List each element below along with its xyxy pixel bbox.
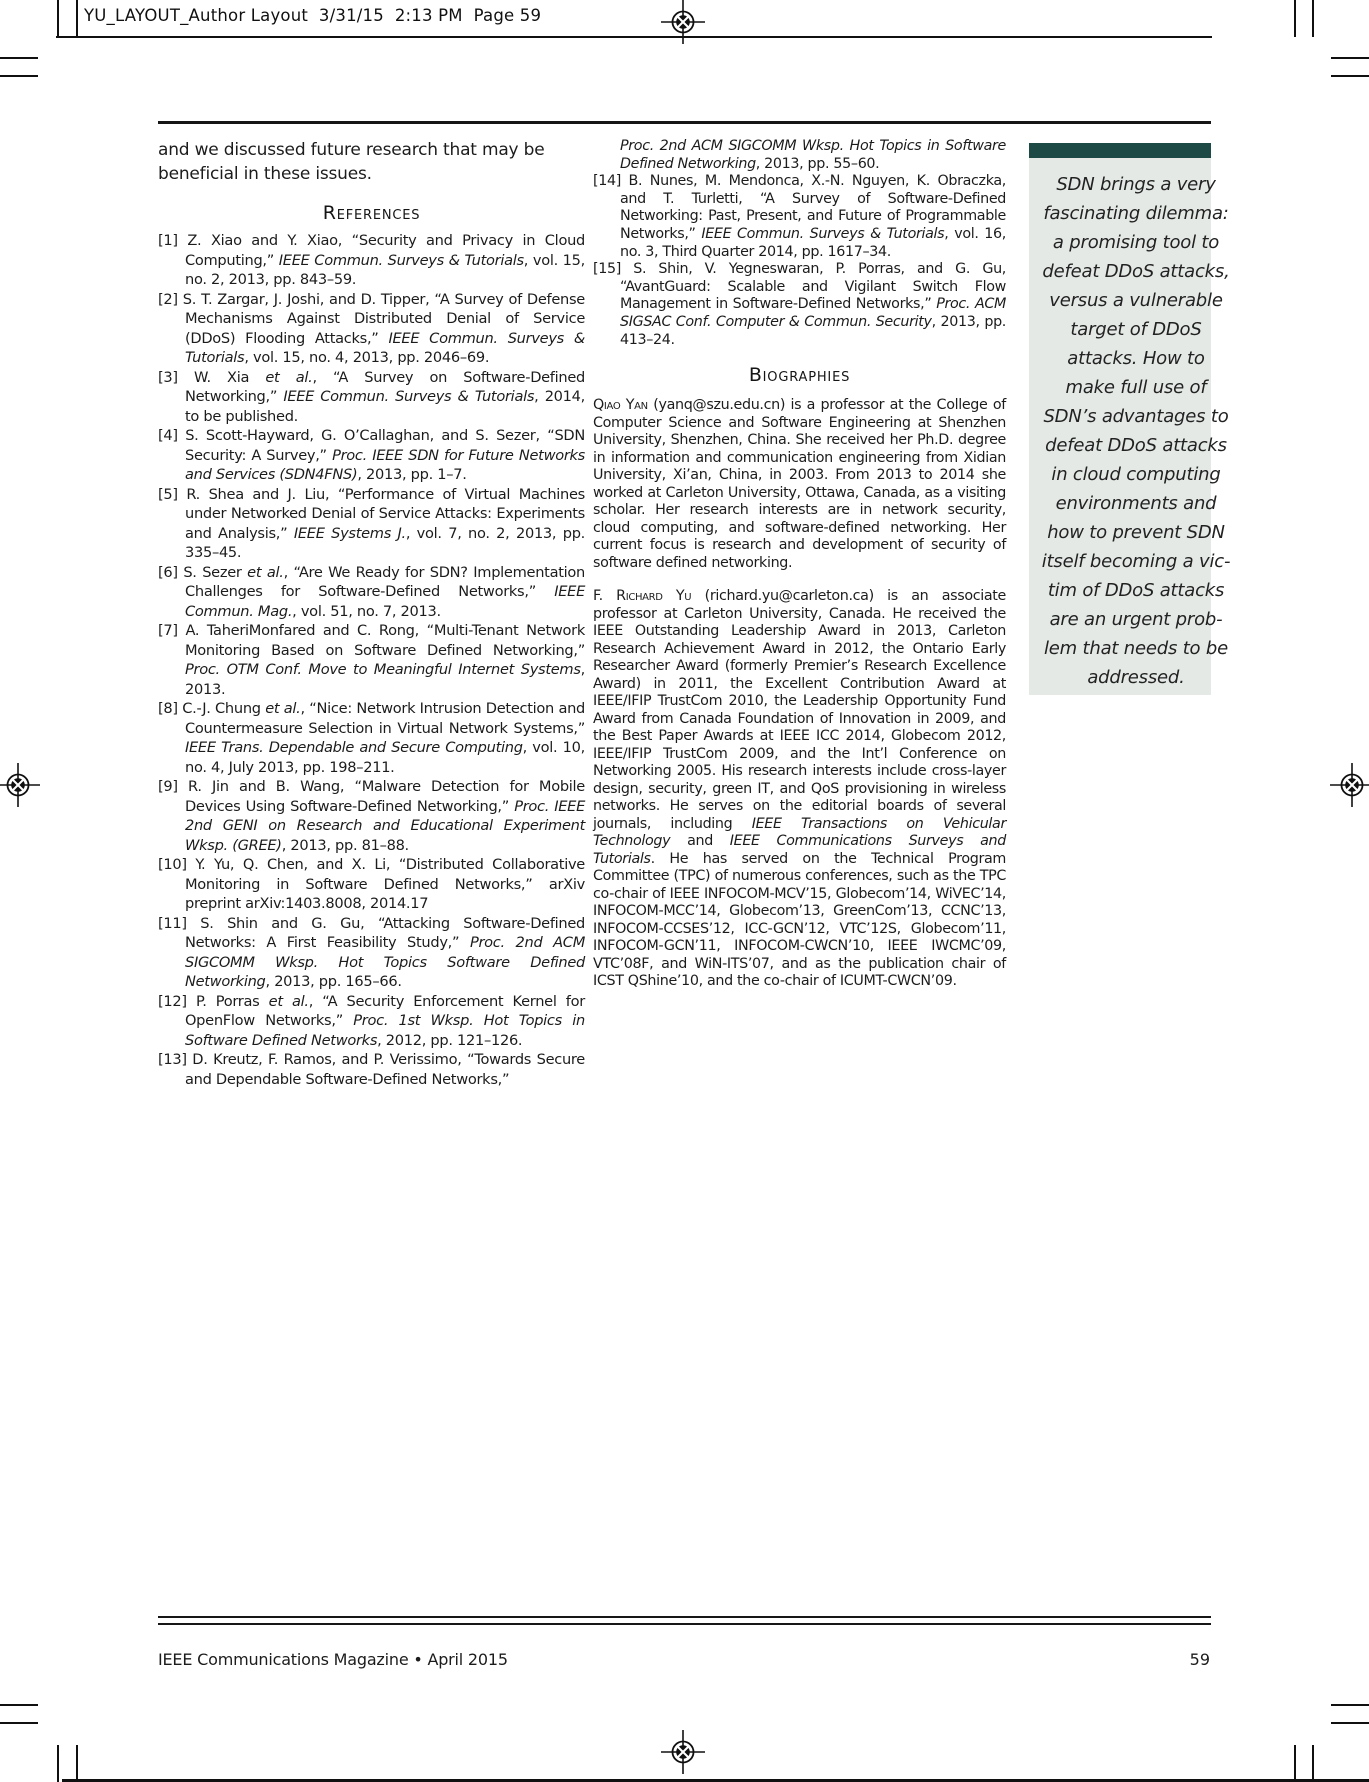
crop-mark-bottom-left-v1 bbox=[57, 1745, 59, 1782]
column-middle: Proc. 2nd ACM SIGCOMM Wksp. Hot Topics i… bbox=[593, 138, 1006, 1007]
italic-text-run: IEEE Commun. Surveys & Tutorials bbox=[701, 226, 944, 242]
reference-item: [9] R. Jin and B. Wang, “Malware Detecti… bbox=[158, 777, 585, 855]
reference-label: [13] bbox=[158, 1051, 192, 1068]
reference-item: [3] W. Xia et al., “A Survey on Software… bbox=[158, 368, 585, 427]
crop-mark-top-left-v2 bbox=[76, 0, 78, 37]
reference-label: [5] bbox=[158, 486, 186, 503]
text-run: S. Sezer bbox=[183, 564, 247, 581]
header-rule bbox=[56, 36, 1212, 38]
text-run: , 2013, pp. 55–60. bbox=[756, 156, 880, 172]
reference-label: [3] bbox=[158, 369, 194, 386]
reference-label: [11] bbox=[158, 915, 200, 932]
reference-item: [12] P. Porras et al., “A Security Enfor… bbox=[158, 992, 585, 1051]
reference-item: Proc. 2nd ACM SIGCOMM Wksp. Hot Topics i… bbox=[593, 138, 1006, 173]
reference-label: [10] bbox=[158, 856, 195, 873]
reference-item: [4] S. Scott-Hayward, G. O’Callaghan, an… bbox=[158, 426, 585, 485]
reference-label: [4] bbox=[158, 427, 185, 444]
italic-text-run: Proc. OTM Conf. Move to Meaningful Inter… bbox=[185, 661, 581, 678]
registration-mark-icon bbox=[660, 0, 706, 45]
registration-mark-icon bbox=[660, 1729, 706, 1775]
italic-text-run: IEEE Systems J. bbox=[294, 525, 406, 542]
text-run: and bbox=[670, 833, 730, 849]
text-run: P. Porras bbox=[196, 993, 269, 1010]
text-run: D. Kreutz, F. Ramos, and P. Verissimo, “… bbox=[185, 1051, 585, 1088]
reference-item: [15] S. Shin, V. Yegneswaran, P. Porras,… bbox=[593, 261, 1006, 349]
crop-mark-bottom-right-v2 bbox=[1312, 1745, 1314, 1782]
crop-mark-bottom-right-h2 bbox=[1331, 1722, 1369, 1724]
footer-rule-top bbox=[158, 1616, 1211, 1618]
references-list-left: [1] Z. Xiao and Y. Xiao, “Security and P… bbox=[158, 231, 585, 1089]
reference-item: [14] B. Nunes, M. Mendonca, X.-N. Nguyen… bbox=[593, 173, 1006, 261]
biography-paragraph: Qiao Yan (yanq@szu.edu.cn) is a professo… bbox=[593, 397, 1006, 572]
reference-label: [9] bbox=[158, 778, 188, 795]
text-run: (richard.yu@carleton.ca) is an associate… bbox=[593, 588, 1006, 832]
reference-item: [1] Z. Xiao and Y. Xiao, “Security and P… bbox=[158, 231, 585, 290]
intro-text: and we discussed future research that ma… bbox=[158, 138, 585, 186]
reference-label: [7] bbox=[158, 622, 185, 639]
pull-quote-text: SDN brings a very fascinating dilemma: a… bbox=[1016, 170, 1256, 692]
proof-header-text: YU_LAYOUT_Author Layout 3/31/15 2:13 PM … bbox=[84, 6, 541, 25]
reference-item: [5] R. Shea and J. Liu, “Performance of … bbox=[158, 485, 585, 563]
reference-label: [12] bbox=[158, 993, 196, 1010]
text-run: Y. Yu, Q. Chen, and X. Li, “Distributed … bbox=[185, 856, 585, 912]
italic-text-run: et al. bbox=[247, 564, 283, 581]
text-run: , vol. 51, no. 7, 2013. bbox=[292, 603, 441, 620]
content-top-rule bbox=[158, 121, 1211, 124]
reference-label: [6] bbox=[158, 564, 183, 581]
italic-text-run: et al. bbox=[265, 369, 312, 386]
crop-mark-bottom-right-h1 bbox=[1331, 1704, 1369, 1706]
smallcaps-name: Qiao Yan bbox=[593, 397, 648, 413]
crop-mark-bottom-right-v1 bbox=[1294, 1745, 1296, 1782]
text-run: (yanq@szu.edu.cn) is a professor at the … bbox=[593, 397, 1006, 571]
registration-mark-icon bbox=[1329, 762, 1369, 808]
text-run: , 2013, pp. 81–88. bbox=[282, 837, 409, 854]
pull-quote-bar bbox=[1029, 143, 1211, 158]
biography-paragraph: F. Richard Yu (richard.yu@carleton.ca) i… bbox=[593, 588, 1006, 991]
smallcaps-name: F. Richard Yu bbox=[593, 588, 691, 604]
italic-text-run: IEEE Trans. Dependable and Secure Comput… bbox=[185, 739, 523, 756]
reference-item: [11] S. Shin and G. Gu, “Attacking Softw… bbox=[158, 914, 585, 992]
biographies-heading: Biographies bbox=[593, 364, 1006, 386]
crop-mark-right-h1 bbox=[1331, 57, 1369, 59]
reference-item: [10] Y. Yu, Q. Chen, and X. Li, “Distrib… bbox=[158, 855, 585, 914]
text-run: , 2013, pp. 165–66. bbox=[266, 973, 402, 990]
crop-mark-bottom-left-h2 bbox=[0, 1722, 38, 1724]
italic-text-run: et al. bbox=[265, 700, 300, 717]
crop-mark-top-right-v1 bbox=[1294, 0, 1296, 37]
italic-text-run: IEEE Commun. Surveys & Tutorials bbox=[283, 388, 534, 405]
text-run: A. TaheriMonfared and C. Rong, “Multi-Te… bbox=[185, 622, 585, 659]
text-run: , 2013, pp. 1–7. bbox=[357, 466, 466, 483]
column-left: and we discussed future research that ma… bbox=[158, 138, 585, 1089]
crop-mark-right-h2 bbox=[1331, 75, 1369, 77]
magazine-page: YU_LAYOUT_Author Layout 3/31/15 2:13 PM … bbox=[0, 0, 1369, 1782]
text-run: C.-J. Chung bbox=[182, 700, 265, 717]
crop-mark-left-h2 bbox=[0, 75, 38, 77]
reference-item: [8] C.-J. Chung et al., “Nice: Network I… bbox=[158, 699, 585, 777]
references-heading: References bbox=[158, 202, 585, 224]
reference-label: [15] bbox=[593, 261, 633, 277]
biographies-list: Qiao Yan (yanq@szu.edu.cn) is a professo… bbox=[593, 397, 1006, 991]
references-list-right: Proc. 2nd ACM SIGCOMM Wksp. Hot Topics i… bbox=[593, 138, 1006, 349]
reference-item: [6] S. Sezer et al., “Are We Ready for S… bbox=[158, 563, 585, 622]
text-run: , vol. 15, no. 4, 2013, pp. 2046–69. bbox=[244, 349, 489, 366]
crop-mark-top-right-v2 bbox=[1312, 0, 1314, 37]
page-number: 59 bbox=[1060, 1650, 1210, 1669]
reference-label: [14] bbox=[593, 173, 629, 189]
crop-mark-left-h1 bbox=[0, 57, 38, 59]
reference-label: [1] bbox=[158, 232, 187, 249]
reference-label: [8] bbox=[158, 700, 182, 717]
crop-mark-bottom-left-h1 bbox=[0, 1704, 38, 1706]
reference-item: [2] S. T. Zargar, J. Joshi, and D. Tippe… bbox=[158, 290, 585, 368]
reference-item: [13] D. Kreutz, F. Ramos, and P. Verissi… bbox=[158, 1050, 585, 1089]
footer-journal-text: IEEE Communications Magazine • April 201… bbox=[158, 1650, 508, 1669]
reference-label: [2] bbox=[158, 291, 183, 308]
registration-mark-icon bbox=[0, 762, 41, 808]
crop-mark-bottom-left-v2 bbox=[76, 1745, 78, 1782]
italic-text-run: et al. bbox=[269, 993, 309, 1010]
text-run: . He has served on the Technical Program… bbox=[593, 851, 1006, 990]
reference-item: [7] A. TaheriMonfared and C. Rong, “Mult… bbox=[158, 621, 585, 699]
text-run: W. Xia bbox=[194, 369, 265, 386]
crop-mark-top-left-v1 bbox=[57, 0, 59, 37]
italic-text-run: IEEE Commun. Surveys & Tutorials bbox=[279, 252, 524, 269]
text-run: , 2012, pp. 121–126. bbox=[377, 1032, 522, 1049]
footer-rule-bottom bbox=[158, 1623, 1211, 1625]
